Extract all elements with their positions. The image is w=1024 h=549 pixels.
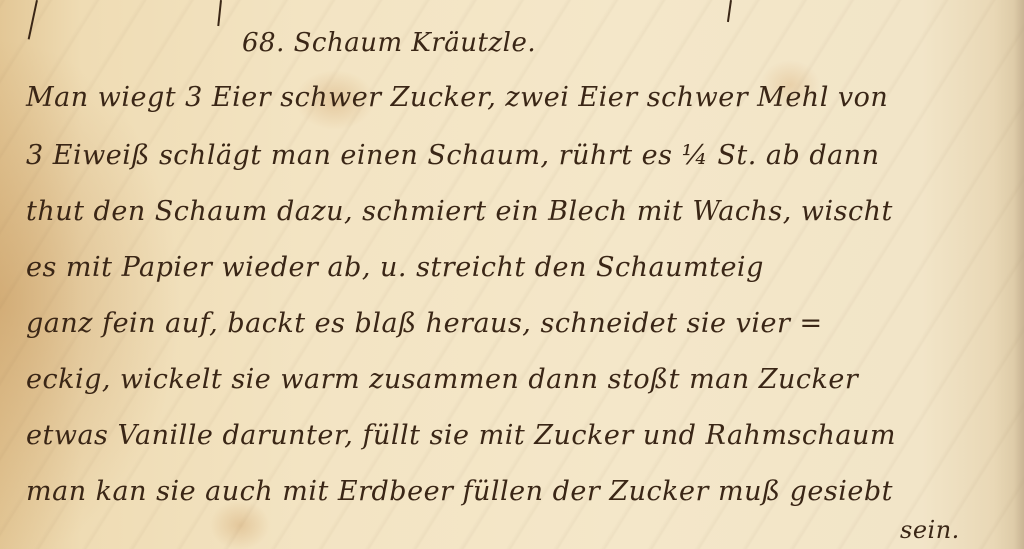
text-line-6: eckig, wickelt sie warm zusammen dann st…	[26, 364, 858, 395]
recipe-title: 68. Schaum Kräutzle.	[242, 28, 536, 58]
manuscript-page: 68. Schaum Kräutzle. Man wiegt 3 Eier sc…	[0, 0, 1024, 549]
text-line-1: Man wiegt 3 Eier schwer Zucker, zwei Eie…	[26, 82, 888, 113]
text-line-final-word: sein.	[900, 516, 960, 544]
text-line-2: 3 Eiweiß schlägt man einen Schaum, rührt…	[26, 140, 879, 171]
ink-stroke-top-right	[727, 0, 732, 22]
page-edge-shadow	[1014, 0, 1024, 549]
text-line-5: ganz fein auf, backt es blaß heraus, sch…	[26, 308, 823, 339]
text-line-3: thut den Schaum dazu, schmiert ein Blech…	[26, 196, 893, 227]
ink-stroke-top-left	[28, 0, 38, 40]
text-line-8: man kan sie auch mit Erdbeer füllen der …	[26, 476, 893, 507]
text-line-7: etwas Vanille darunter, füllt sie mit Zu…	[26, 420, 896, 451]
ink-stroke-top-mid	[217, 0, 222, 26]
text-line-4: es mit Papier wieder ab, u. streicht den…	[26, 252, 764, 283]
